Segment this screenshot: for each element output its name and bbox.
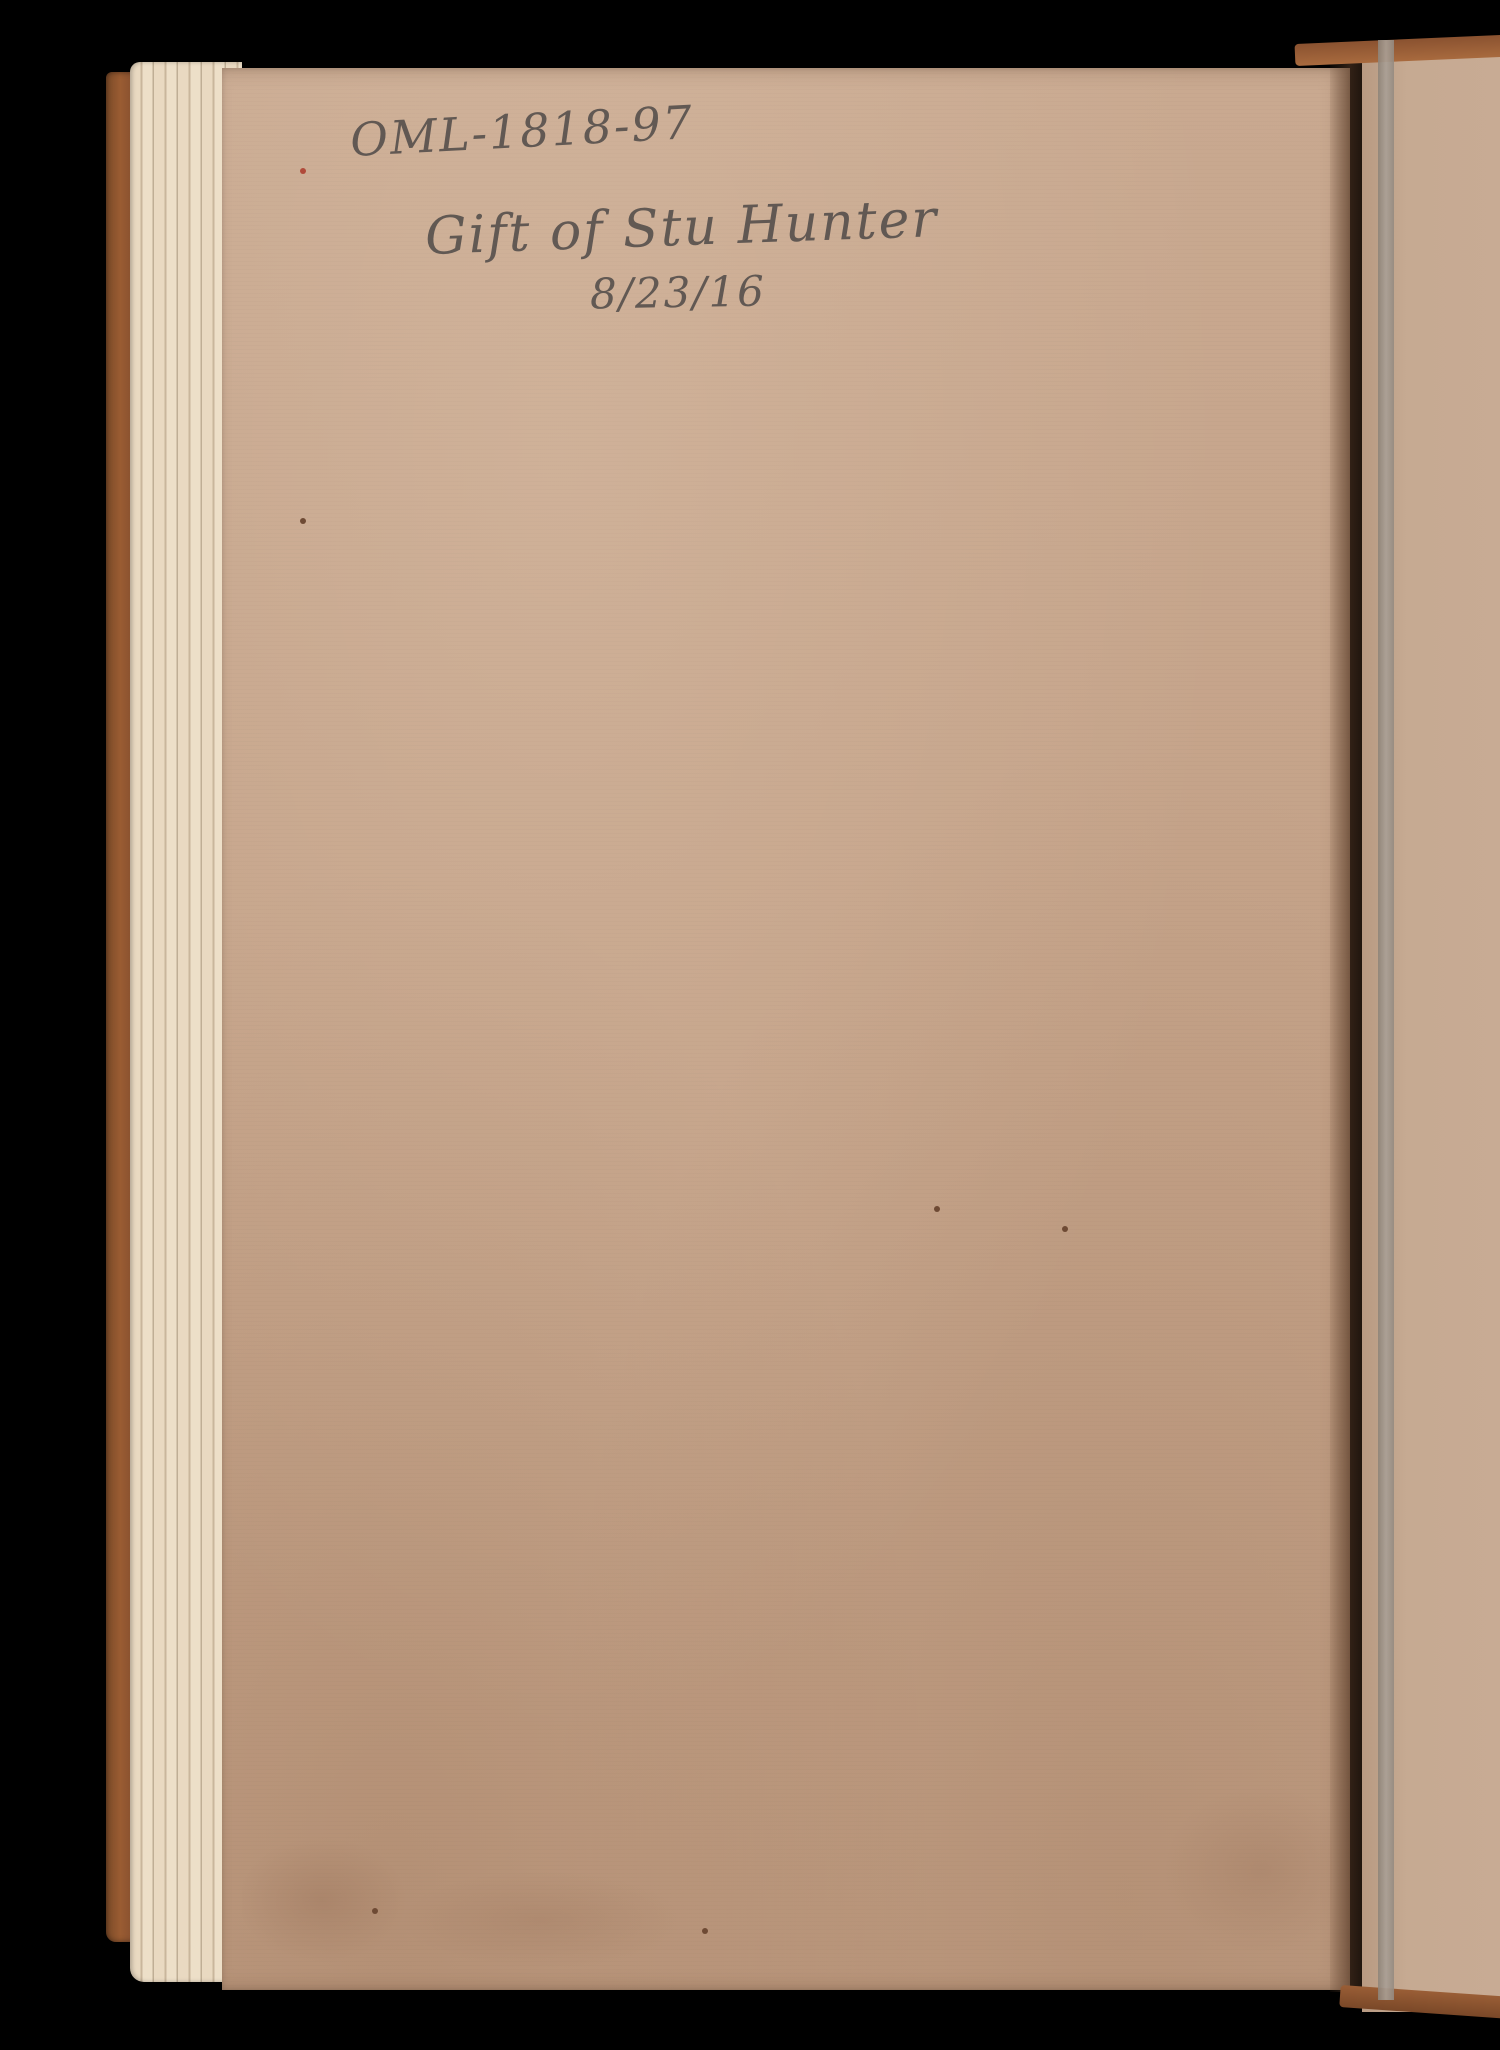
red-speck (300, 168, 306, 174)
bookmark-ribbon (1378, 40, 1394, 2000)
speck (372, 1908, 378, 1914)
speck (934, 1206, 940, 1212)
book-photograph: OML-1818-97 Gift of Stu Hunter 8/23/16 (0, 0, 1500, 2050)
water-stain (242, 1740, 1332, 1970)
date-annotation: 8/23/16 (590, 266, 767, 318)
speck (1062, 1226, 1068, 1232)
speck (702, 1928, 708, 1934)
endpaper-page (222, 68, 1350, 1990)
speck (300, 518, 306, 524)
